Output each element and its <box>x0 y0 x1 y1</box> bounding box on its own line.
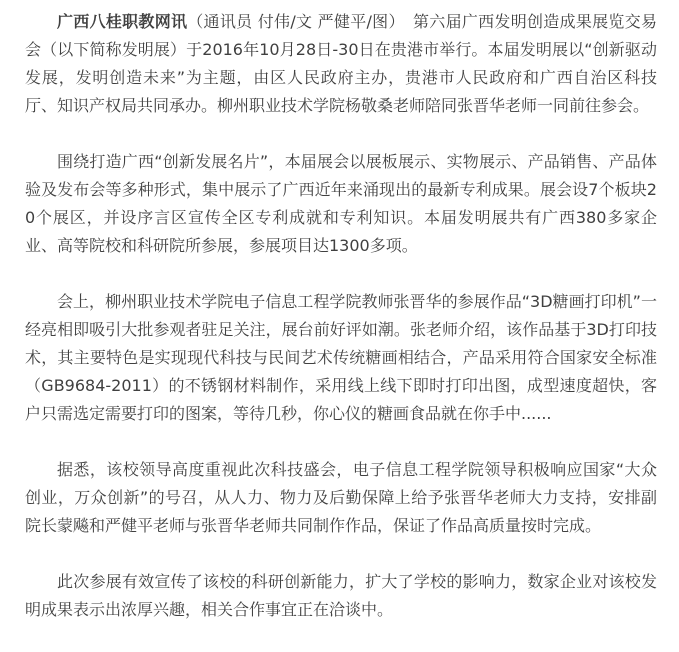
article-page: 广西八桂职教网讯（通讯员 付伟/文 严健平/图） 第六届广西发明创造成果展览交易… <box>0 0 679 652</box>
paragraph-3d-sugar-printer: 会上，柳州职业技术学院电子信息工程学院教师张晋华的参展作品“3D糖画打印机”一经… <box>25 288 657 428</box>
paragraph-school-support: 据悉，该校领导高度重视此次科技盛会，电子信息工程学院领导积极响应国家“大众创业，… <box>25 456 657 540</box>
source-agency-label: 广西八桂职教网讯 <box>57 12 187 31</box>
paragraph-exhibition-overview: 围绕打造广西“创新发展名片”，本届展会以展板展示、实物展示、产品销售、产品体验及… <box>25 148 657 260</box>
lead-paragraph: 广西八桂职教网讯（通讯员 付伟/文 严健平/图） 第六届广西发明创造成果展览交易… <box>25 8 657 120</box>
paragraph-conclusion: 此次参展有效宣传了该校的科研创新能力，扩大了学校的影响力，数家企业对该校发明成果… <box>25 568 657 624</box>
